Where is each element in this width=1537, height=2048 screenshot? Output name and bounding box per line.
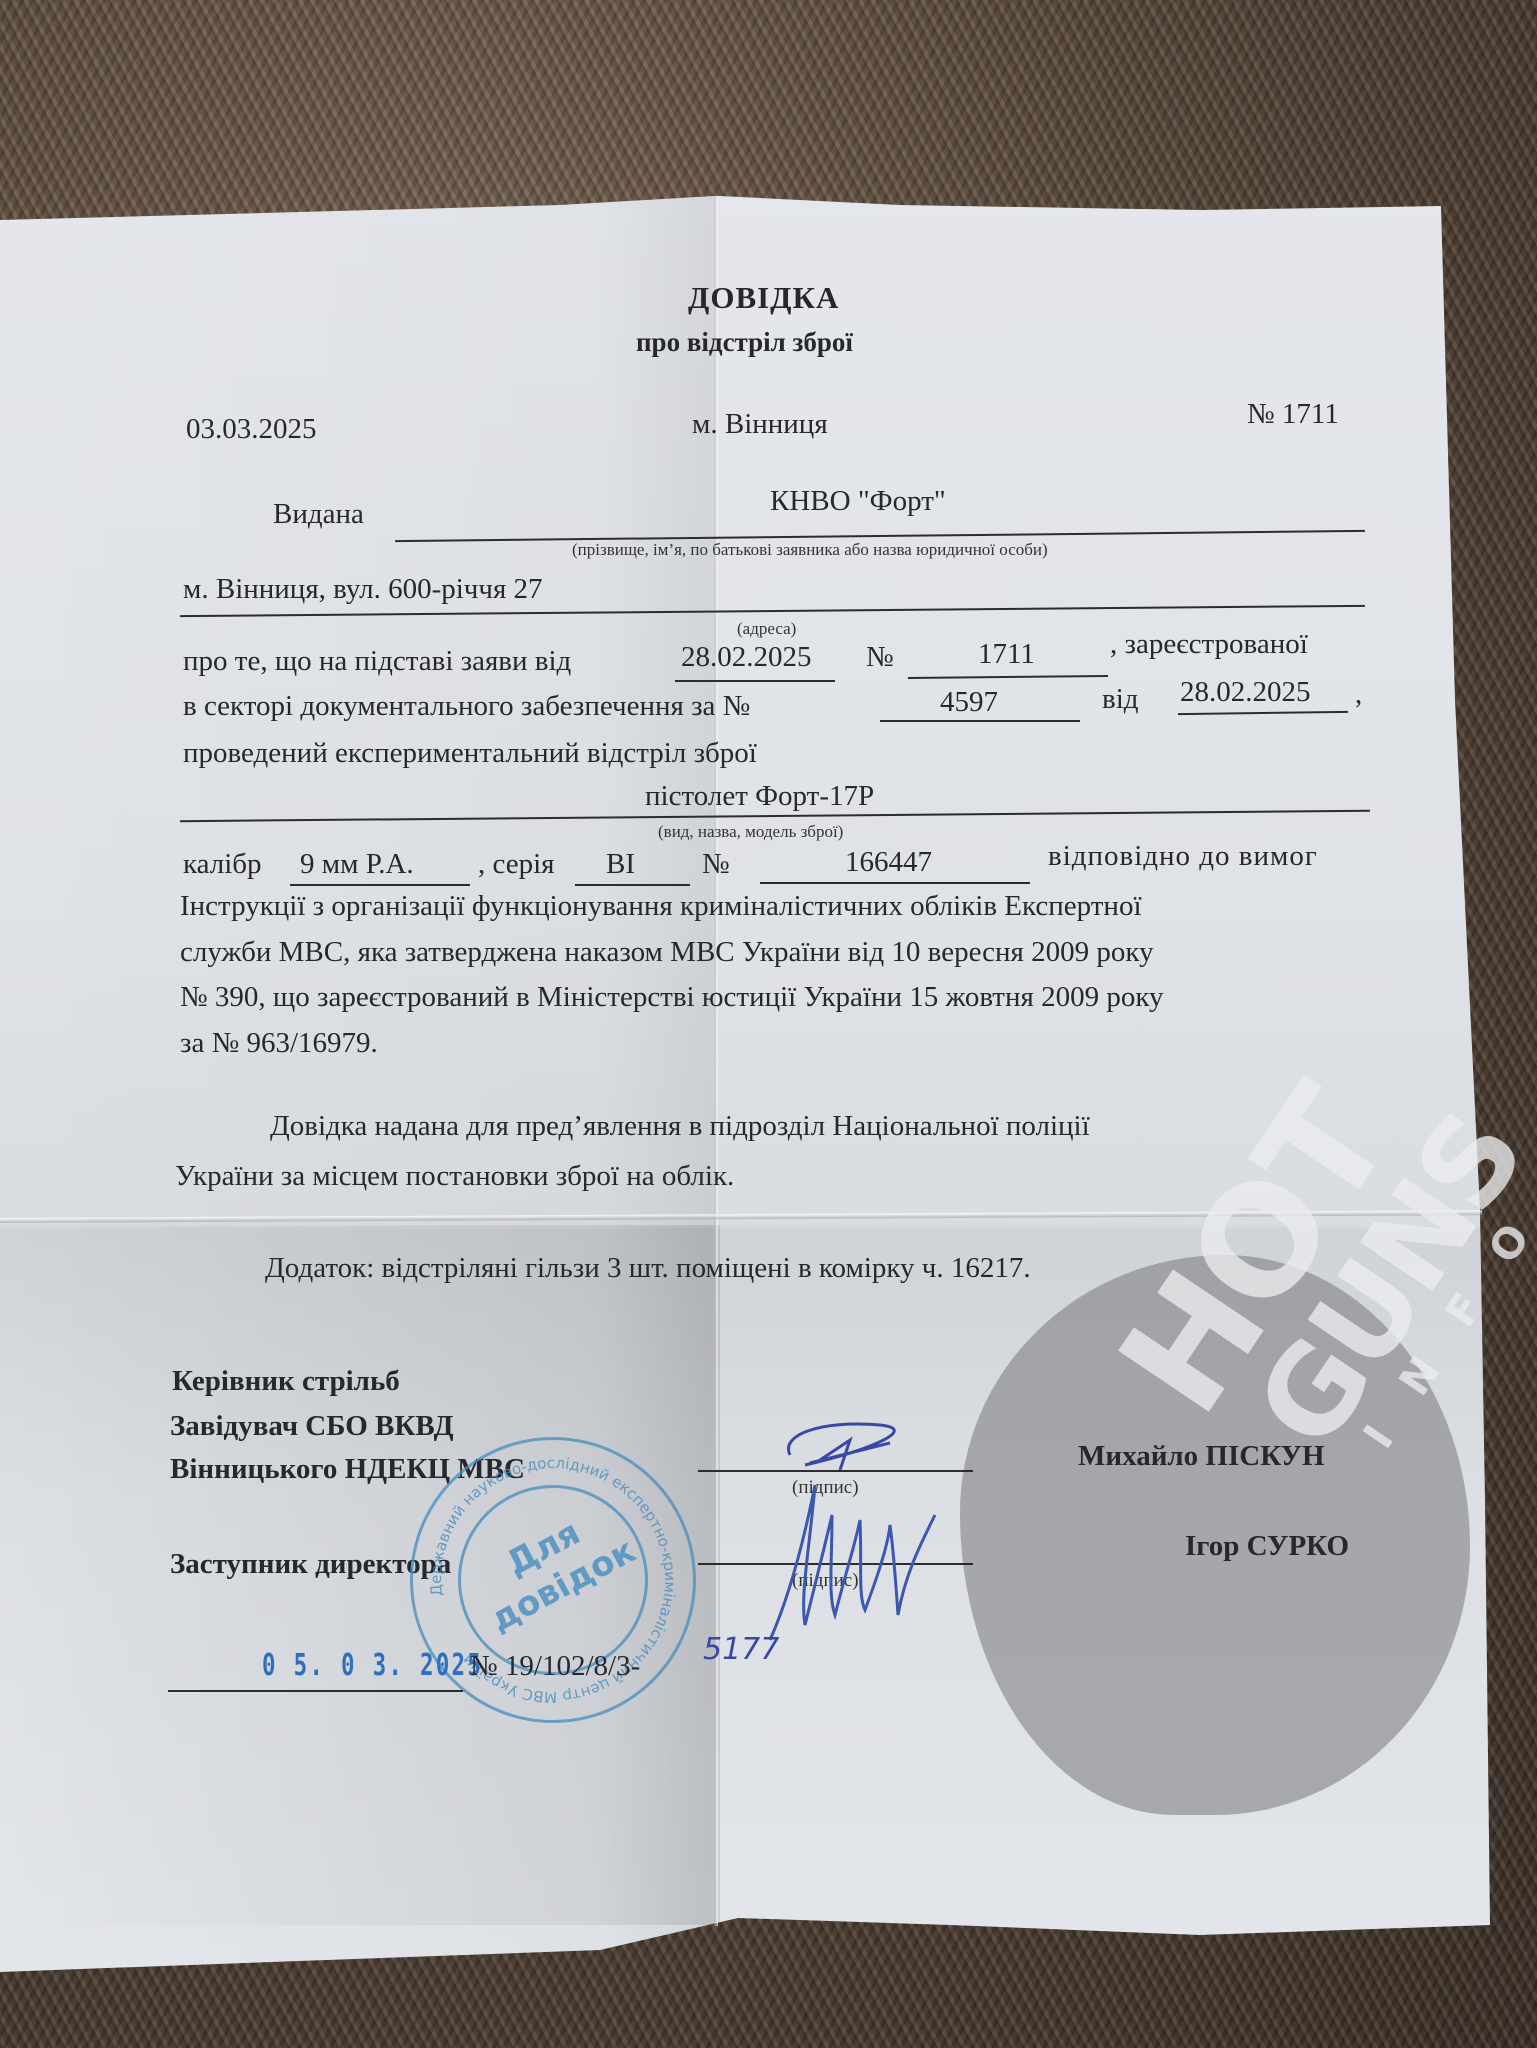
signature1-icon (780, 1415, 910, 1475)
series-label: , серія (478, 848, 555, 881)
sector-reg-no: 4597 (940, 686, 998, 719)
series-underline (575, 884, 690, 886)
registered-suffix: , зареєстрованої (1110, 628, 1308, 661)
outgoing-stamp-date: 0 5. 0 3. 2025 (262, 1648, 483, 1683)
serial-no-underline (760, 882, 1030, 884)
serial-no-label: № (702, 848, 730, 881)
issued-to-value: КНВО "Форт" (770, 485, 946, 518)
paragraph-line-3: № 390, що зареєстрований в Міністерстві … (180, 981, 1164, 1014)
outgoing-reg-handwritten: 5177 (703, 1632, 779, 1667)
sector-reg-no-underline (880, 720, 1080, 722)
serial-no-value: 166447 (845, 846, 932, 879)
caliber-value: 9 мм Р.А. (300, 848, 414, 881)
paragraph-line-4: за № 963/16979. (180, 1027, 378, 1060)
document-title: ДОВІДКА (688, 280, 839, 316)
signatory2-name: Ігор СУРКО (1185, 1530, 1349, 1563)
application-date: 28.02.2025 (681, 641, 812, 674)
test-line: проведений експериментальний відстріл зб… (183, 737, 757, 770)
sector-comma: , (1355, 678, 1362, 711)
signatory1-title-line2: Завідувач СБО ВКВД (170, 1410, 454, 1443)
basis-prefix: про те, що на підставі заяви від (183, 645, 571, 678)
appendix-text: Додаток: відстріляні гільзи 3 шт. поміще… (265, 1252, 1031, 1285)
weapon-value: пістолет Форт-17Р (645, 780, 874, 813)
sector-from-label: від (1102, 683, 1139, 716)
caliber-suffix: відповідно до вимог (1048, 840, 1318, 873)
outgoing-reg-prefix: № 19/102/8/3- (470, 1650, 640, 1683)
purpose-line-1: Довідка надана для пред’явлення в підроз… (270, 1110, 1090, 1143)
issued-to-caption: (прізвище, ім’я, по батькові заявника аб… (572, 540, 1048, 560)
weapon-caption: (вид, назва, модель зброї) (658, 822, 843, 842)
address-caption: (адреса) (737, 619, 796, 639)
application-no-label: № (866, 641, 894, 674)
document-city: м. Вінниця (692, 408, 828, 441)
issued-to-label: Видана (273, 498, 364, 531)
sector-reg-date: 28.02.2025 (1180, 676, 1311, 709)
application-no: 1711 (978, 638, 1035, 671)
signature2-icon (770, 1475, 950, 1645)
sector-prefix: в секторі документального забезпечення з… (183, 690, 750, 723)
series-value: ВІ (606, 848, 635, 881)
document-subtitle: про відстріл зброї (636, 327, 853, 358)
paragraph-line-2: служби МВС, яка затверджена наказом МВС … (180, 936, 1154, 969)
signatory1-title-line1: Керівник стрільб (172, 1365, 400, 1398)
application-date-underline (675, 680, 835, 682)
purpose-line-2: України за місцем постановки зброї на об… (175, 1160, 734, 1193)
address-value: м. Вінниця, вул. 600-річчя 27 (183, 573, 543, 606)
outgoing-date-underline (168, 1690, 463, 1692)
paragraph-line-1: Інструкції з організації функціонування … (180, 890, 1142, 923)
document-number: № 1711 (1247, 398, 1339, 431)
caliber-underline (290, 884, 470, 886)
caliber-label: калібр (183, 848, 262, 881)
official-stamp: Державний науково-дослідний експертно-кр… (391, 1418, 714, 1741)
signatory1-name: Михайло ПІСКУН (1078, 1440, 1325, 1473)
document-date: 03.03.2025 (186, 413, 317, 446)
